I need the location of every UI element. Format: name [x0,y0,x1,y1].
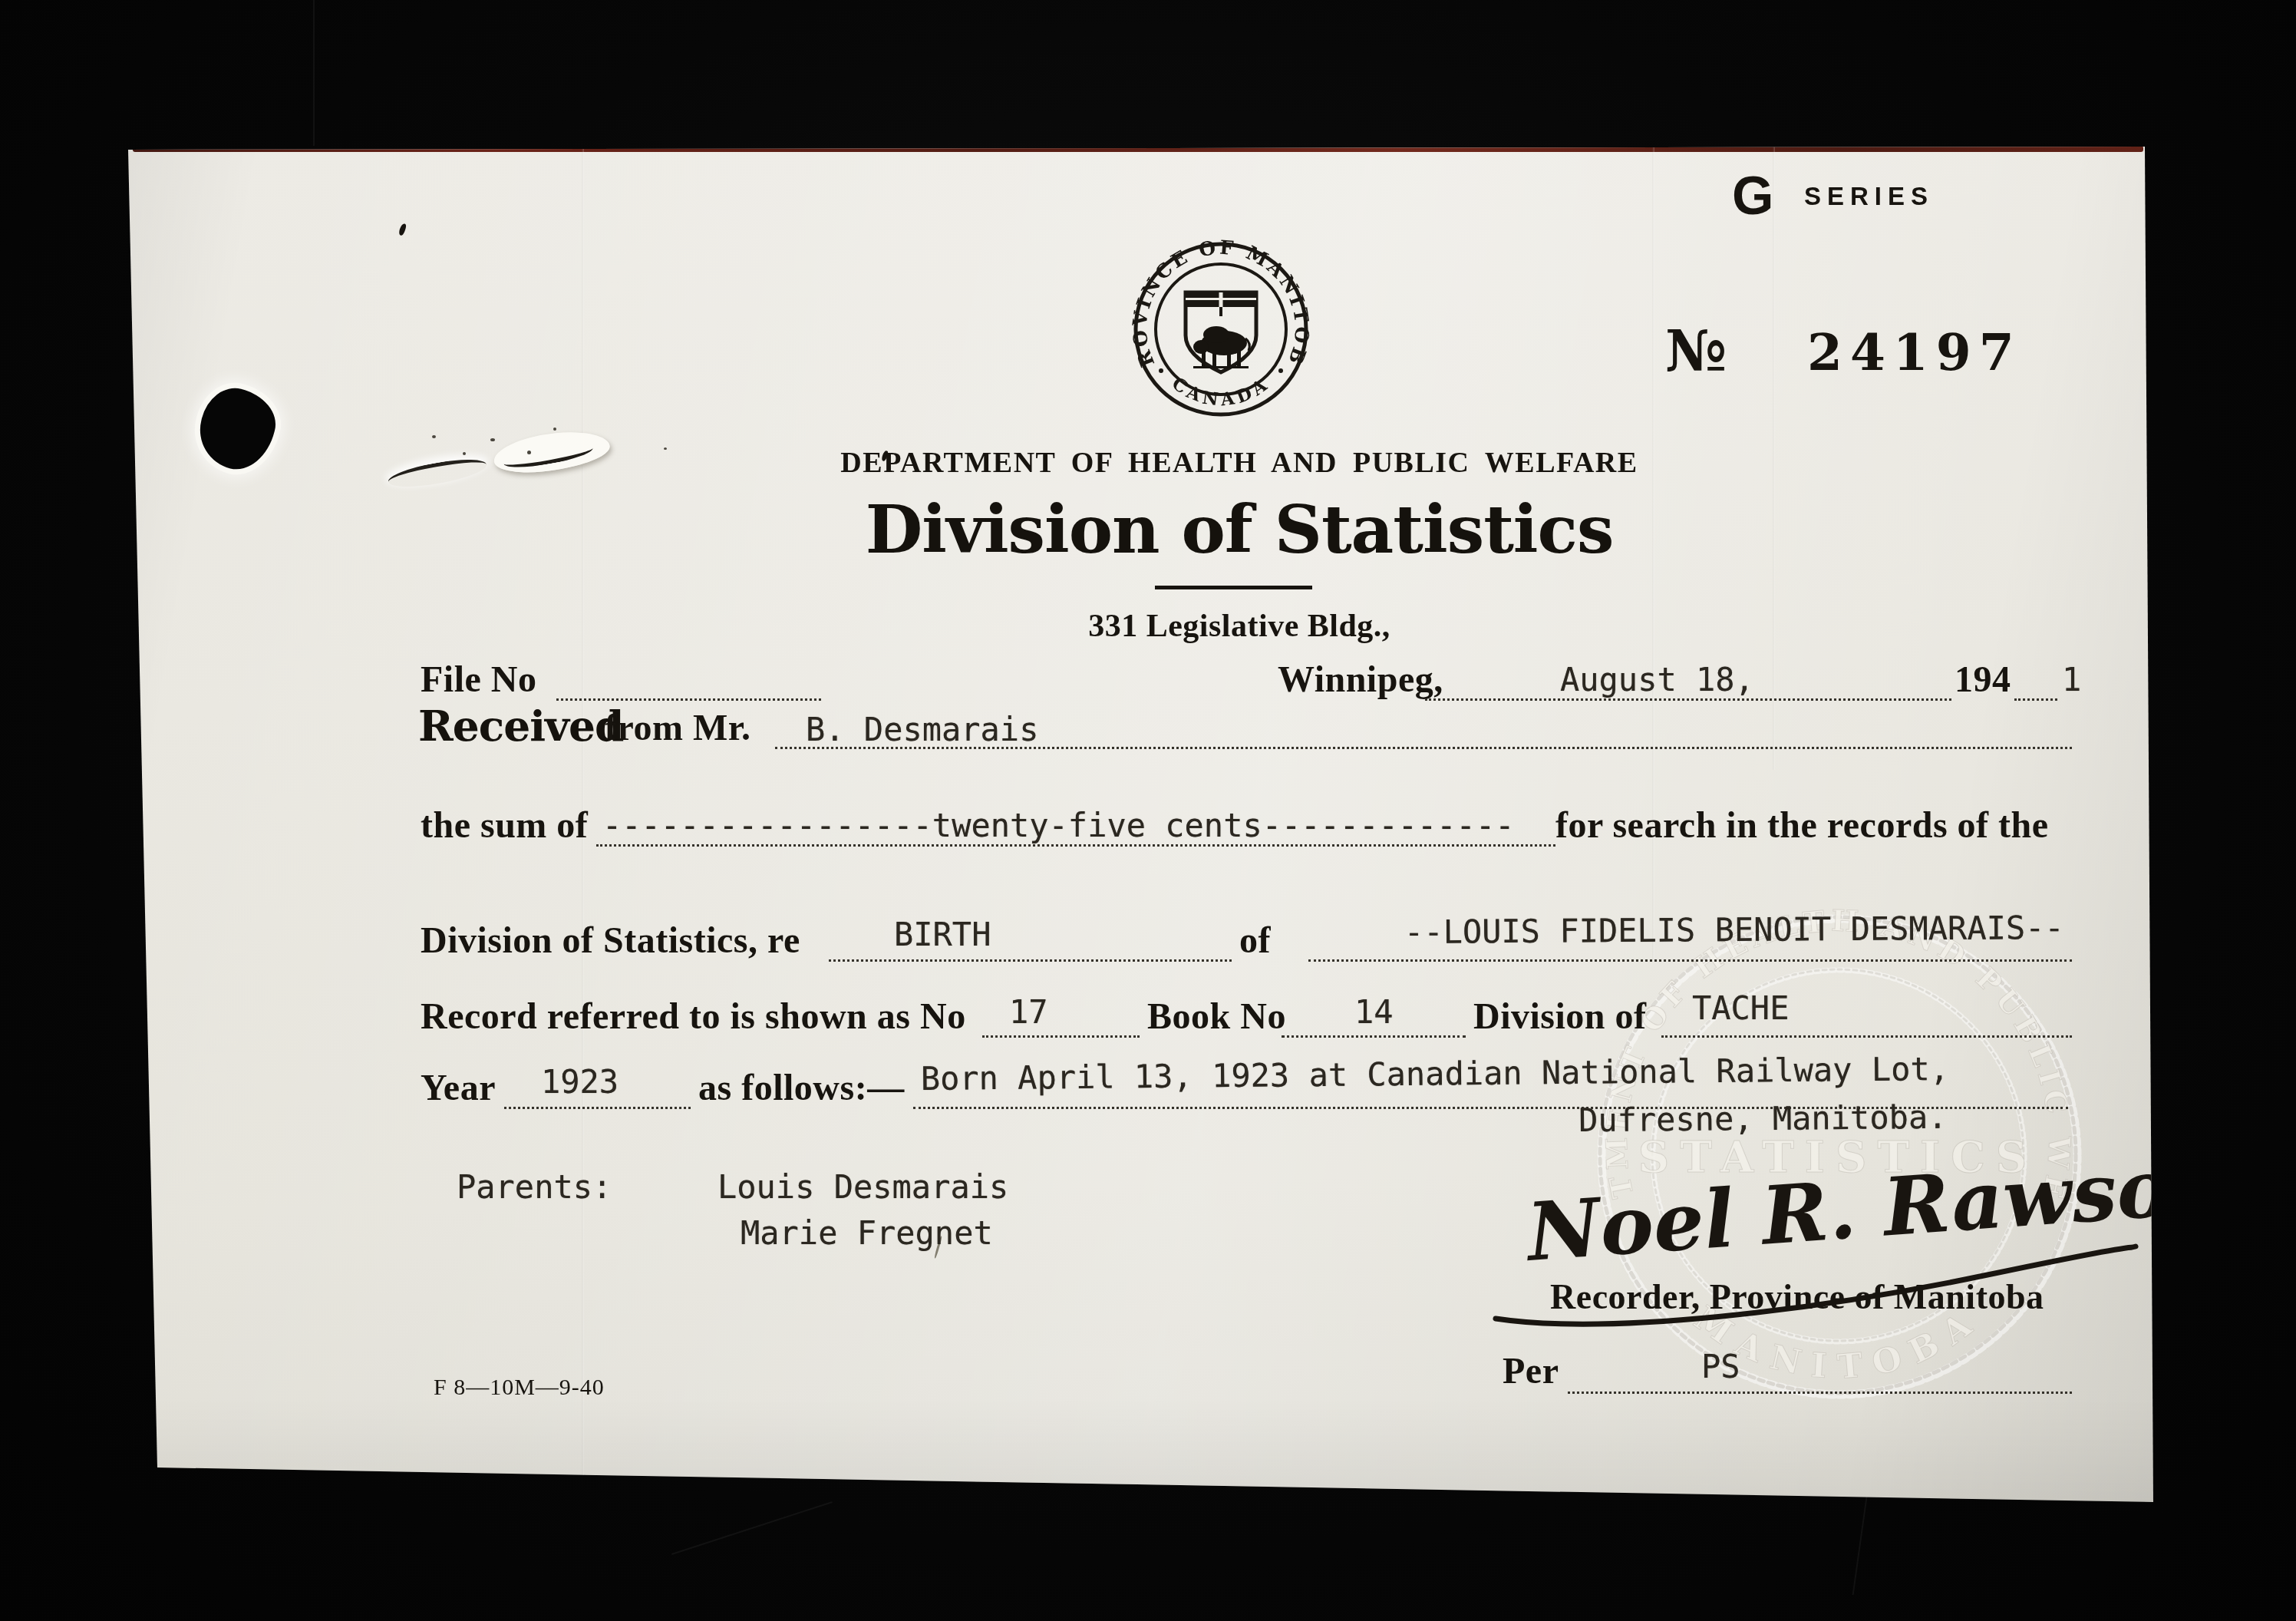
detail-line1-typed: Born April 13, 1923 at Canadian National… [921,1053,1950,1095]
title-rule [1155,586,1312,589]
book-no-typed: 14 [1354,996,1394,1028]
paper: DEPARTMENT OF HEALTH AND PUBLIC WELFARE … [127,142,2153,1507]
dust-speck [664,447,667,450]
record-type-typed: BIRTH [894,919,991,951]
address-line: 331 Legislative Bldg., [802,610,1677,642]
per-initials-typed: PS [1701,1351,1740,1383]
payer-typed: B. Desmarais [806,714,1038,746]
crease [1773,142,1775,770]
amount-leader [596,844,1555,847]
dust-speck [432,435,436,438]
seal-shield [1186,292,1256,372]
division-typed: TACHE [1692,992,1789,1025]
division-label: Division of [1473,999,1647,1035]
received-label: Received [418,705,623,747]
sum-label: the sum of [421,807,588,844]
re-leader [829,959,1232,962]
per-leader [1568,1392,2072,1394]
book-no-leader [1282,1035,1466,1038]
year-leader [2014,698,2057,701]
detail-line2-typed: Dufresne, Manitoba. [1578,1101,1948,1137]
city-label: Winnipeg, [1278,662,1443,698]
dust-speck [463,452,466,455]
series-word: SERIES [1804,183,1934,209]
department-line: DEPARTMENT OF HEALTH AND PUBLIC WELFARE [802,448,1677,477]
mother-name-typed: Marie Fregnet [741,1217,993,1250]
year-label: Year [421,1070,496,1107]
year-typed: 1923 [541,1066,619,1098]
from-label: from Mr. [605,710,751,747]
ink-speck [398,223,407,236]
file-no-label: File No [421,662,536,698]
record-no-leader [982,1035,1140,1038]
year-value-leader [504,1107,691,1109]
father-name-typed: Louis Desmarais [717,1171,1008,1203]
division-title: Division of Statistics [802,497,1677,563]
form-code: F 8—10M—9-40 [434,1376,605,1399]
book-label: Book No [1147,999,1286,1035]
follows-label: as follows:— [698,1070,905,1107]
record-label: Record referred to is shown as No [421,999,966,1035]
tear-mark [387,454,489,492]
dust-speck [490,438,495,441]
receipt-number-value: 24197 [1807,327,2022,378]
background-scratch [313,0,315,146]
date-typed: August 18, [1560,664,1754,696]
division-leader [1661,1035,2072,1038]
year-digit-typed: 1 [2062,664,2081,696]
re-label: Division of Statistics, re [421,923,800,959]
dust-speck [553,428,556,431]
tear-mark [492,428,612,477]
recorder-title: Recorder, Province of Manitoba [1550,1279,2044,1315]
subject-name-typed: --LOUIS FIDELIS BENOIT DESMARAIS-- [1404,912,2064,949]
subject-leader [1308,959,2072,962]
dust-speck [527,451,531,454]
provincial-seal: PROVINCE OF MANITOBA CANADA [1130,239,1311,420]
record-no-typed: 17 [1009,996,1048,1028]
per-label: Per [1503,1353,1559,1390]
receipt-number-label: № [1665,323,1727,380]
amount-typed: -----------------twenty-five cents------… [602,810,1514,842]
glue-edge [133,146,2143,152]
date-leader [1425,698,1951,701]
scan-background: DEPARTMENT OF HEALTH AND PUBLIC WELFARE … [0,0,2296,1621]
search-label: for search in the records of the [1555,807,2049,844]
background-scratch [671,1501,833,1555]
year-printed: 194 [1955,662,2011,698]
paper-hole [192,381,282,477]
series-letter: G [1732,169,1774,223]
of-label: of [1239,923,1271,959]
parents-label: Parents: [457,1171,612,1203]
